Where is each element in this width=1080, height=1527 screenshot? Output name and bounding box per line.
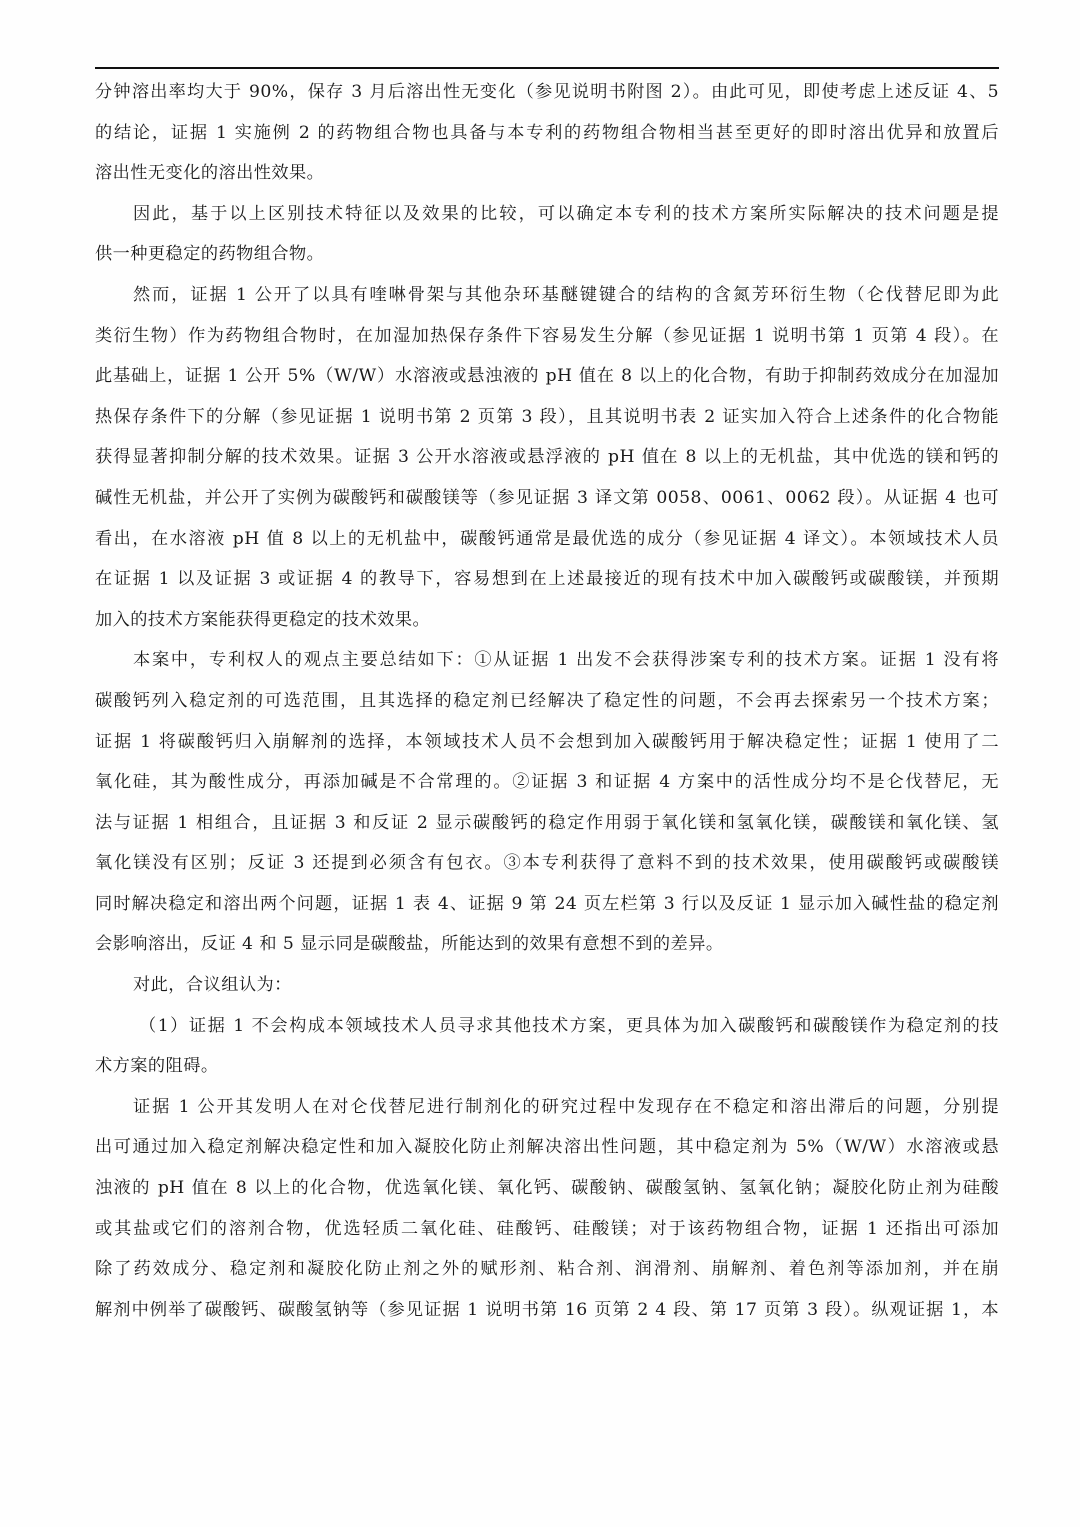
text-line: 会影响溶出，反证 4 和 5 显示同是碳酸盐，所能达到的效果有意想不到的差异。	[95, 924, 999, 965]
text-line: 出可通过加入稳定剂解决稳定性和加入凝胶化防止剂解决溶出性问题，其中稳定剂为 5%…	[95, 1127, 999, 1168]
text-line: 氧化硅，其为酸性成分，再添加碱是不合常理的。②证据 3 和证据 4 方案中的活性…	[95, 762, 999, 803]
text-line: 的结论，证据 1 实施例 2 的药物组合物也具备与本专利的药物组合物相当甚至更好…	[95, 113, 999, 154]
text-line: 解剂中例举了碳酸钙、碳酸氢钠等（参见证据 1 说明书第 16 页第 2 4 段、…	[95, 1290, 999, 1331]
text-line: 供一种更稳定的药物组合物。	[95, 234, 999, 275]
paragraph-2: 因此，基于以上区别技术特征以及效果的比较，可以确定本专利的技术方案所实际解决的技…	[95, 194, 999, 275]
text-line: 术方案的阻碍。	[95, 1046, 999, 1087]
paragraph-1: 分钟溶出率均大于 90%，保存 3 月后溶出性无变化（参见说明书附图 2）。由此…	[95, 72, 999, 194]
text-line: 或其盐或它们的溶剂合物，优选轻质二氧化硅、硅酸钙、硅酸镁；对于该药物组合物，证据…	[95, 1209, 999, 1250]
document-page: 分钟溶出率均大于 90%，保存 3 月后溶出性无变化（参见说明书附图 2）。由此…	[0, 0, 1080, 1527]
text-line: 浊液的 pH 值在 8 以上的化合物，优选氧化镁、氧化钙、碳酸钠、碳酸氢钠、氢氧…	[95, 1168, 999, 1209]
text-line: （1）证据 1 不会构成本领域技术人员寻求其他技术方案，更具体为加入碳酸钙和碳酸…	[95, 1006, 999, 1047]
text-line: 溶出性无变化的溶出性效果。	[95, 153, 999, 194]
text-line: 碱性无机盐，并公开了实例为碳酸钙和碳酸镁等（参见证据 3 译文第 0058、00…	[95, 478, 999, 519]
paragraph-3: 然而，证据 1 公开了以具有喹啉骨架与其他杂环基醚键键合的结构的含氮芳环衍生物（…	[95, 275, 999, 640]
text-line: 对此，合议组认为：	[95, 965, 999, 1006]
text-line: 加入的技术方案能获得更稳定的技术效果。	[95, 600, 999, 641]
text-line: 法与证据 1 相组合，且证据 3 和反证 2 显示碳酸钙的稳定作用弱于氧化镁和氢…	[95, 803, 999, 844]
header-rule-divider	[95, 67, 999, 69]
text-line: 氧化镁没有区别；反证 3 还提到必须含有包衣。③本专利获得了意料不到的技术效果，…	[95, 843, 999, 884]
text-line: 碳酸钙列入稳定剂的可选范围，且其选择的稳定剂已经解决了稳定性的问题，不会再去探索…	[95, 681, 999, 722]
text-line: 除了药效成分、稳定剂和凝胶化防止剂之外的赋形剂、粘合剂、润滑剂、崩解剂、着色剂等…	[95, 1249, 999, 1290]
paragraph-4: 本案中，专利权人的观点主要总结如下：①从证据 1 出发不会获得涉案专利的技术方案…	[95, 640, 999, 965]
text-line: 本案中，专利权人的观点主要总结如下：①从证据 1 出发不会获得涉案专利的技术方案…	[95, 640, 999, 681]
text-line: 证据 1 将碳酸钙归入崩解剂的选择，本领域技术人员不会想到加入碳酸钙用于解决稳定…	[95, 722, 999, 763]
text-line: 因此，基于以上区别技术特征以及效果的比较，可以确定本专利的技术方案所实际解决的技…	[95, 194, 999, 235]
document-body: 分钟溶出率均大于 90%，保存 3 月后溶出性无变化（参见说明书附图 2）。由此…	[95, 72, 999, 1330]
paragraph-6: （1）证据 1 不会构成本领域技术人员寻求其他技术方案，更具体为加入碳酸钙和碳酸…	[95, 1006, 999, 1087]
text-line: 然而，证据 1 公开了以具有喹啉骨架与其他杂环基醚键键合的结构的含氮芳环衍生物（…	[95, 275, 999, 316]
paragraph-7: 证据 1 公开其发明人在对仑伐替尼进行制剂化的研究过程中发现存在不稳定和溶出滞后…	[95, 1087, 999, 1331]
text-line: 获得显著抑制分解的技术效果。证据 3 公开水溶液或悬浮液的 pH 值在 8 以上…	[95, 437, 999, 478]
text-line: 同时解决稳定和溶出两个问题，证据 1 表 4、证据 9 第 24 页左栏第 3 …	[95, 884, 999, 925]
text-line: 分钟溶出率均大于 90%，保存 3 月后溶出性无变化（参见说明书附图 2）。由此…	[95, 72, 999, 113]
text-line: 看出，在水溶液 pH 值 8 以上的无机盐中，碳酸钙通常是最优选的成分（参见证据…	[95, 519, 999, 560]
text-line: 证据 1 公开其发明人在对仑伐替尼进行制剂化的研究过程中发现存在不稳定和溶出滞后…	[95, 1087, 999, 1128]
text-line: 在证据 1 以及证据 3 或证据 4 的教导下，容易想到在上述最接近的现有技术中…	[95, 559, 999, 600]
text-line: 类衍生物）作为药物组合物时，在加湿加热保存条件下容易发生分解（参见证据 1 说明…	[95, 316, 999, 357]
text-line: 热保存条件下的分解（参见证据 1 说明书第 2 页第 3 段），且其说明书表 2…	[95, 397, 999, 438]
paragraph-5: 对此，合议组认为：	[95, 965, 999, 1006]
text-line: 此基础上，证据 1 公开 5%（W/W）水溶液或悬浊液的 pH 值在 8 以上的…	[95, 356, 999, 397]
